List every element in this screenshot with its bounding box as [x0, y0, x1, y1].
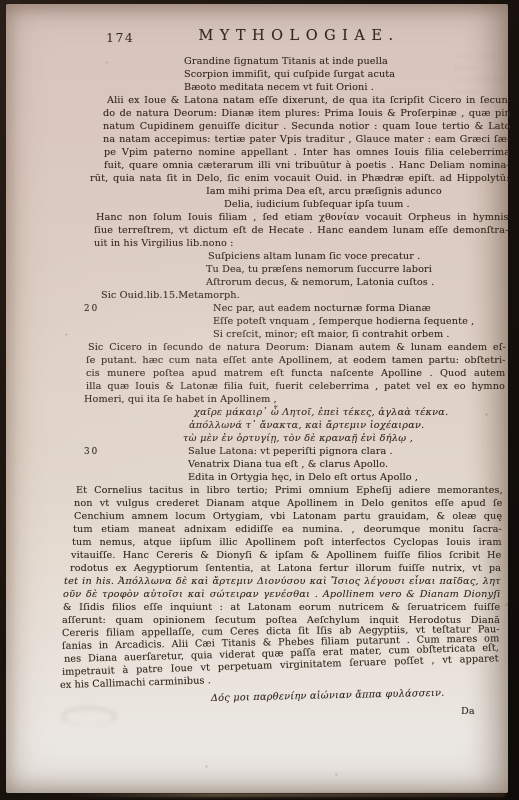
text-line: rodotus ex Aegyptiorum ſententia, at Lat…	[70, 562, 501, 575]
text-line: Salue Latona: vt peperiſti pignora clara…	[188, 445, 393, 458]
text-line: na natam accepimus: tertiæ pater Vpis tr…	[103, 133, 510, 146]
text-line: Tu Dea, tu præſens nemorum ſuccurre labo…	[206, 263, 432, 276]
text-line: Eſſe poteſt vnquam , ſemperque hodierna …	[213, 315, 474, 328]
text-line: Δός μοι παρθενίην αἰώνιαν ἄππα φυλάσσειν…	[211, 687, 445, 705]
text-line: & Iſidis filios eſſe inquiunt : at Laton…	[63, 601, 500, 614]
text-line: ſiue terreſtrem, vt dictum eſt de Hecate…	[94, 224, 508, 237]
text-line: non vt vulgus crederet Dianam atque Apol…	[74, 497, 502, 510]
text-line: cis munere poſtea apud matrem eſt functa…	[86, 367, 505, 380]
page-number: 174	[106, 30, 134, 45]
text-line: pe Vpim paterno nomine appellant . Inter…	[104, 146, 510, 159]
text-line: Alii ex Ioue & Latona natam eſſe dixerun…	[107, 94, 511, 107]
text-line: do de natura Deorum: Dianæ item plures: …	[103, 107, 511, 120]
text-line: χαῖρε μάκαιρ᾽ ὦ Λητοῖ, ἐπεὶ τέκες, ἀγλαὰ…	[194, 406, 448, 419]
catchword: Da	[461, 705, 475, 718]
text-line: Iam mihi prima Dea eſt, arcu præſignis a…	[206, 185, 442, 198]
paper-speckles	[6, 4, 7, 5]
text-line: Et Cornelius tacitus in libro tertio; Pr…	[76, 484, 503, 497]
text-line: τὼ μὲν ἐν ὀρτυγίῃ, τὸν δὲ κραναῇ ἐνὶ δήλ…	[183, 432, 413, 445]
text-line: Sic Ouid.lib.15.Metamorph.	[101, 289, 240, 302]
text-line: Si creſcit, minor; eſt maior, ſi contrah…	[213, 328, 450, 341]
text-line: Venatrix Diana tua eſt , & clarus Apollo…	[188, 458, 388, 471]
text-line: tet in his. Ἀπόλλωνα δὲ καὶ ἄρτεμιν Διον…	[64, 575, 501, 588]
text-line: Bæoto meditata necem vt fuit Orioni .	[184, 81, 374, 94]
text-line: Scorpion immiſit, qui cuſpide ſurgat acu…	[184, 68, 395, 81]
erased-stamp-smudge	[62, 707, 116, 726]
text-line: Sic Cicero in ſecundo de natura Deorum: …	[88, 341, 506, 354]
text-line: Aſtrorum decus, & nemorum, Latonia cuſto…	[206, 276, 434, 289]
show-through-ghost: pina i imel oteuq enodite mus etnan merp…	[454, 50, 519, 122]
text-line: Edita in Ortygia hęc, in Delo eſt ortus …	[188, 471, 418, 484]
text-line: vitauiſſe. Hanc Cereris & Dionyſi & ipſa…	[71, 549, 501, 562]
text-line: Grandine ſignatum Titanis at inde puella	[184, 55, 388, 68]
text-line: Homeri, qui ita ſe habet in Apollinem ,	[84, 393, 277, 406]
text-line: Nec par, aut eadem nocturnæ forma Dianæ2…	[213, 302, 431, 315]
text-line: tum etiam maneat adnixam edidiſſe ea num…	[73, 523, 502, 536]
text-line: οῦν δὲ τροφὸν αὐτοῖσι καὶ σώτειραν γενέσ…	[63, 588, 501, 601]
text-line: natum Cupidinem genuiſſe dicitur . Secun…	[103, 120, 511, 133]
book-page: 174 MYTHOLOGIAE. Grandine ſignatum Titan…	[6, 4, 508, 793]
text-line: rūt, quia nata ſit in Delo, ſic enim voc…	[90, 172, 509, 185]
text-line: Cenchium amnem locum Ortygiam, vbi Laton…	[74, 510, 502, 523]
text-line: illa quæ Iouis & Latonæ filia fuit, fuer…	[86, 380, 505, 393]
text-line: tum nemus, atque iipſum illic Apollinem …	[72, 536, 502, 549]
running-title: MYTHOLOGIAE.	[187, 28, 411, 44]
book-photo: 174 MYTHOLOGIAE. Grandine ſignatum Titan…	[0, 0, 519, 800]
text-line: ἀπόλλωνά τ᾽ ἄνακτα, καὶ ἄρτεμιν ἰοχέαιρα…	[189, 419, 424, 432]
text-line: Suſpiciens altam lunam ſic voce precatur…	[208, 250, 420, 263]
text-line: Hanc non ſolum Iouis filiam , ſed etiam …	[96, 211, 509, 224]
text-line: uit in his Virgilius lib.nono :	[94, 237, 234, 250]
text-line: ſe putant. hæc cum nata eſſet ante Apoll…	[86, 354, 506, 367]
show-through-ghost: uml i setra nmo d	[486, 152, 516, 188]
page-bottom-edge	[60, 793, 505, 797]
text-line: Delia, iudicium ſubſequar ipſa tuum .	[224, 198, 410, 211]
margin-line-number: 30	[84, 446, 99, 459]
text-line: fuit, quare omnia cæterarum illi vni tri…	[104, 159, 510, 172]
margin-line-number: 20	[84, 303, 99, 316]
